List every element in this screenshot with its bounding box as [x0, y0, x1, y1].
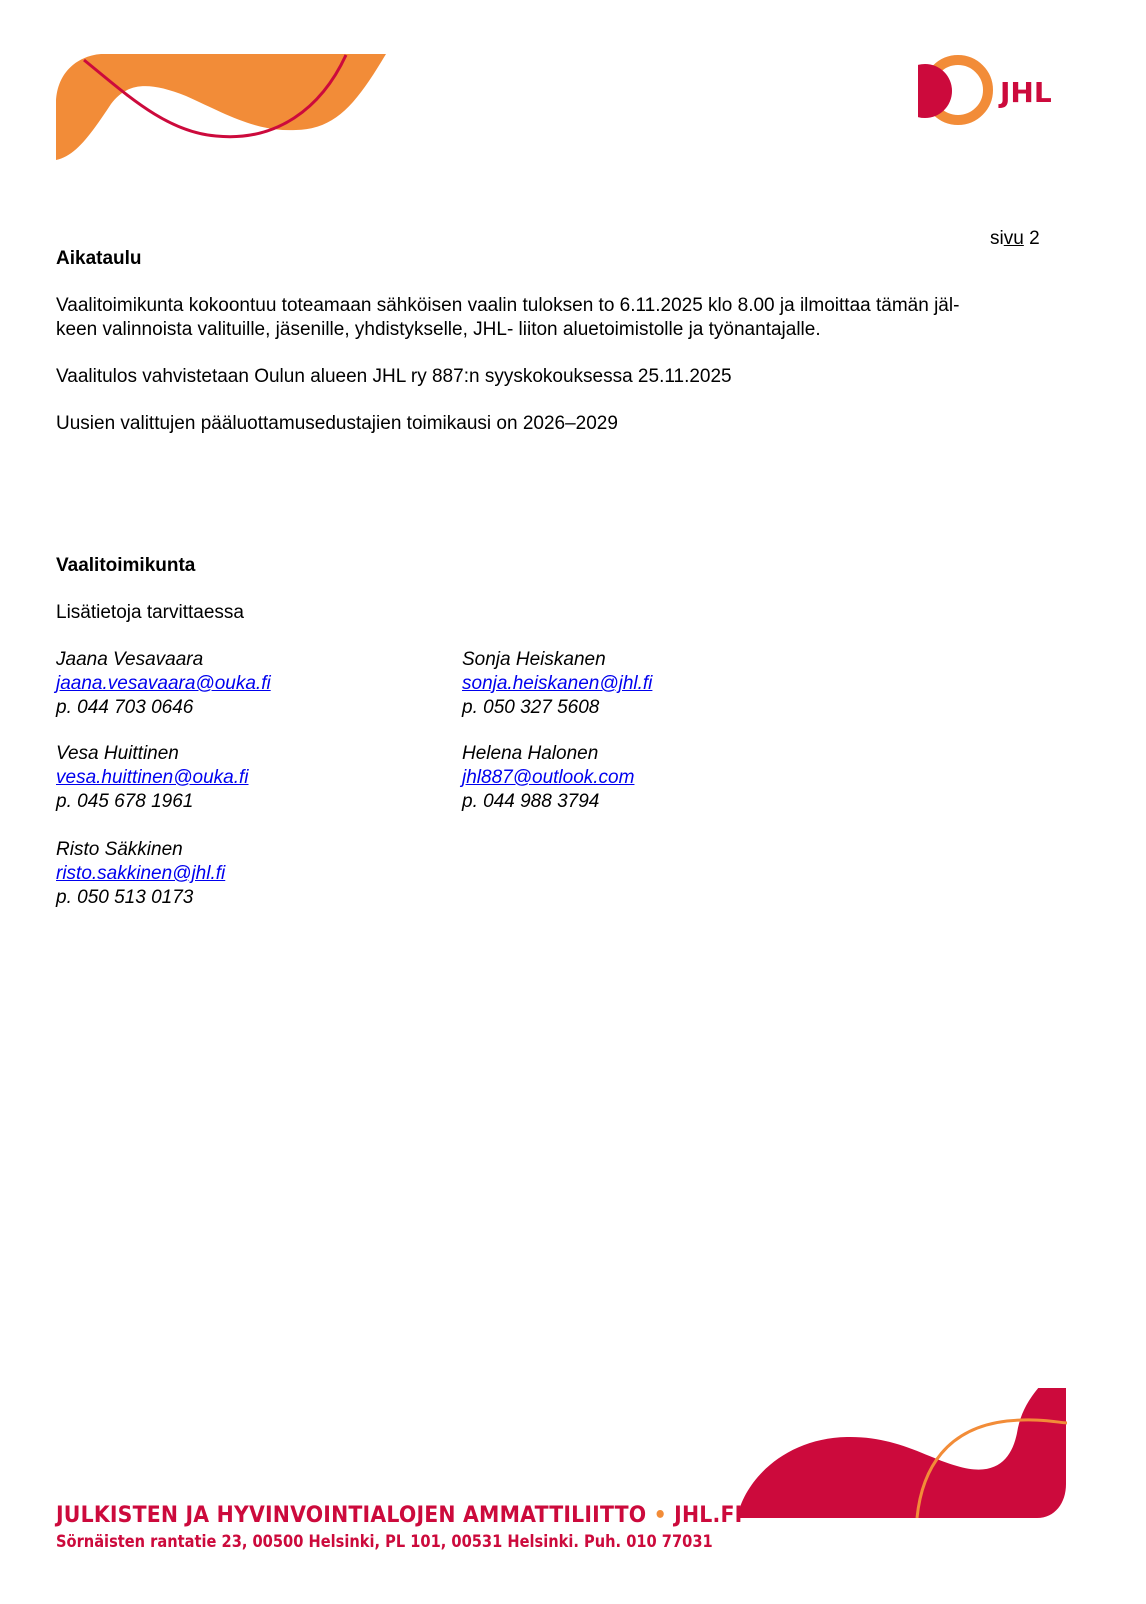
page-number: sivu 2: [990, 228, 1040, 250]
contact-name: Jaana Vesavaara: [56, 648, 271, 672]
contact-email-link[interactable]: sonja.heiskanen@jhl.fi: [462, 673, 652, 694]
contact-phone: p. 044 703 0646: [56, 696, 271, 720]
contact-name: Vesa Huittinen: [56, 742, 249, 766]
schedule-paragraph-3: Uusien valittujen pääluottamusedustajien…: [56, 412, 618, 436]
contact-email-link[interactable]: vesa.huittinen@ouka.fi: [56, 767, 249, 788]
page-label: si: [990, 228, 1004, 249]
schedule-paragraph-1-line-2: keen valinnoista valituille, jäsenille, …: [56, 318, 959, 342]
contact-card: Vesa Huittinen vesa.huittinen@ouka.fi p.…: [56, 742, 249, 814]
footer-wave-graphic: [737, 1388, 1067, 1518]
contact-phone: p. 050 327 5608: [462, 696, 652, 720]
footer-org-name: JULKISTEN JA HYVINVOINTIALOJEN AMMATTILI…: [56, 1503, 742, 1528]
org-name: JULKISTEN JA HYVINVOINTIALOJEN AMMATTILI…: [56, 1503, 646, 1528]
contact-email-link[interactable]: risto.sakkinen@jhl.fi: [56, 863, 225, 884]
jhl-logo: JHL: [918, 52, 1078, 137]
contact-phone: p. 050 513 0173: [56, 886, 225, 910]
contact-phone: p. 045 678 1961: [56, 790, 249, 814]
committee-intro: Lisätietoja tarvittaessa: [56, 601, 244, 625]
contact-card: Helena Halonen jhl887@outlook.com p. 044…: [462, 742, 634, 814]
schedule-paragraph-1-line-1: Vaalitoimikunta kokoontuu toteamaan sähk…: [56, 294, 959, 318]
header-wave-graphic: [56, 54, 386, 162]
page-number-value: 2: [1029, 228, 1040, 249]
schedule-heading: Aikataulu: [56, 248, 142, 270]
bullet-icon: •: [654, 1503, 667, 1528]
schedule-paragraph-2: Vaalitulos vahvistetaan Oulun alueen JHL…: [56, 365, 732, 389]
contact-name: Risto Säkkinen: [56, 838, 225, 862]
contact-email-link[interactable]: jaana.vesavaara@ouka.fi: [56, 673, 271, 694]
contact-phone: p. 044 988 3794: [462, 790, 634, 814]
contact-name: Sonja Heiskanen: [462, 648, 652, 672]
svg-text:JHL: JHL: [998, 76, 1052, 109]
jhl-logo-icon: JHL: [918, 52, 1078, 132]
page-label-underlined: vu: [1004, 228, 1024, 249]
contact-card: Sonja Heiskanen sonja.heiskanen@jhl.fi p…: [462, 648, 652, 720]
contact-name: Helena Halonen: [462, 742, 634, 766]
contact-card: Risto Säkkinen risto.sakkinen@jhl.fi p. …: [56, 838, 225, 910]
footer-address: Sörnäisten rantatie 23, 00500 Helsinki, …: [56, 1532, 713, 1552]
website-link[interactable]: JHL.FI: [674, 1503, 742, 1528]
contact-email-link[interactable]: jhl887@outlook.com: [462, 767, 634, 788]
contact-card: Jaana Vesavaara jaana.vesavaara@ouka.fi …: [56, 648, 271, 720]
committee-heading: Vaalitoimikunta: [56, 555, 195, 577]
schedule-paragraph-1: Vaalitoimikunta kokoontuu toteamaan sähk…: [56, 294, 959, 342]
